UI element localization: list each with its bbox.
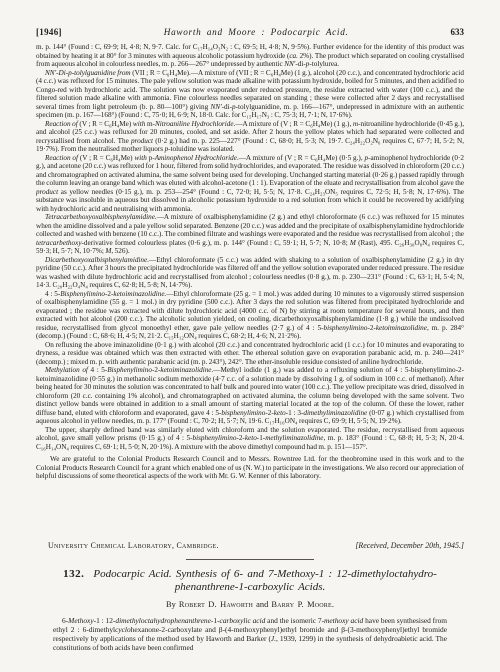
article-title-text-1: Podocarpic Acid. Synthesis of 6- and 7-M… xyxy=(93,568,436,580)
article-abstract: 6-Methoxy-1 : 12-dimethyloctahydrophenan… xyxy=(53,616,447,652)
paragraph: Reaction of (V ; R = C₆H₄Me) with m-Nitr… xyxy=(36,120,464,154)
journal-page: [1946] Haworth and Moore : Podocarpic Ac… xyxy=(0,0,500,672)
received-date: [Received, December 20th, 1945.] xyxy=(355,541,464,550)
paragraph: 4 : 5-Bisphenylimino-2-ketoiminazolidine… xyxy=(36,290,464,341)
running-title: Haworth and Moore : Podocarpic Acid. xyxy=(164,27,349,37)
section-divider xyxy=(186,559,314,560)
article-title-line-2: phenanthrene-1-carboxylic Acids. xyxy=(36,581,464,594)
paragraph: NN′-Di-p-tolylguanidine from (VII ; R = … xyxy=(36,69,464,120)
page-number: 633 xyxy=(450,27,464,37)
paragraph: m. p. 144° (Found : C, 69·9; H, 4·8; N, … xyxy=(36,43,464,69)
article-number: 132. xyxy=(63,568,93,580)
paragraph: Tetracarbethoxyoxalbisphenylamidine.—A m… xyxy=(36,213,464,256)
publication-year: [1946] xyxy=(36,27,62,37)
footer-row: University Chemical Laboratory, Cambridg… xyxy=(36,541,464,550)
paragraph: Dicarbethoxyoxalbisphenylamidine.—Ethyl … xyxy=(36,256,464,290)
article-heading: 132.Podocarpic Acid. Synthesis of 6- and… xyxy=(36,568,464,595)
paragraph: Methylation of 4 : 5-Bisphenylimino-2-ke… xyxy=(36,366,464,426)
article-byline: By Robert D. Haworth and Barry P. Moore. xyxy=(36,600,464,609)
page-header: [1946] Haworth and Moore : Podocarpic Ac… xyxy=(36,27,464,37)
paragraph: The upper, sharply defined band was simi… xyxy=(36,426,464,452)
body-text: m. p. 144° (Found : C, 69·9; H, 4·8; N, … xyxy=(36,43,464,538)
paragraph: We are grateful to the Colonial Products… xyxy=(36,455,464,481)
paragraph: Reaction of (V ; R = C₆H₄Me) with p-Amin… xyxy=(36,154,464,214)
affiliation: University Chemical Laboratory, Cambridg… xyxy=(36,541,219,550)
article-title-line-1: 132.Podocarpic Acid. Synthesis of 6- and… xyxy=(36,568,464,581)
paragraph: On refluxing the above iminazolidine (0·… xyxy=(36,341,464,367)
